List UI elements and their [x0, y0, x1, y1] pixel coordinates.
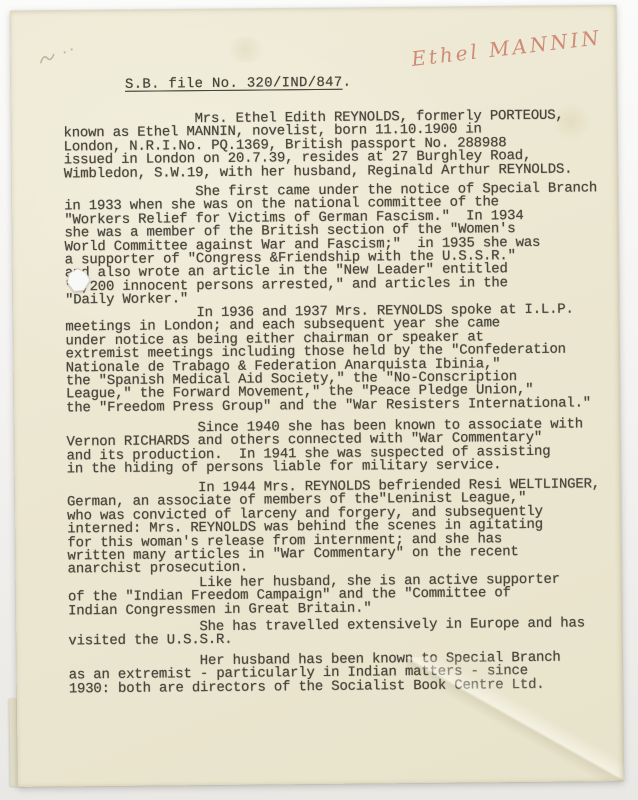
paragraph-associations-1940: Since 1940 she has been known to associa…	[66, 418, 626, 477]
paragraph-weltlinger-1944: In 1944 Mrs. REYNOLDS befriended Resi WE…	[67, 478, 628, 577]
handwritten-name-annotation: Ethel MANNIN	[410, 21, 638, 71]
punch-hole	[65, 267, 92, 299]
file-reference-text: S.B. file No. 320/IND/847	[125, 75, 343, 93]
paragraph-husband: Her husband has been known to Special Br…	[68, 651, 628, 697]
pencil-scribble-icon	[35, 44, 91, 76]
paragraph-indian-freedom: Like her husband, she is an active suppo…	[68, 573, 628, 619]
paper-stain	[223, 36, 269, 62]
photo-background: Ethel MANNIN S.B. file No. 320/IND/847. …	[0, 0, 638, 800]
document-page: Ethel MANNIN S.B. file No. 320/IND/847. …	[10, 5, 623, 787]
file-reference-period: .	[342, 75, 351, 91]
paragraph-subject-identity: Mrs. Ethel Edith REYNOLDS, formerly PORT…	[63, 109, 624, 181]
paragraph-meetings: In 1936 and 1937 Mrs. REYNOLDS spoke at …	[65, 303, 626, 416]
paragraph-travel: She has travelled extensively in Europe …	[68, 617, 628, 649]
paragraph-first-notice: She first came under the notice of Speci…	[64, 182, 625, 308]
file-reference-heading: S.B. file No. 320/IND/847.	[125, 75, 351, 93]
